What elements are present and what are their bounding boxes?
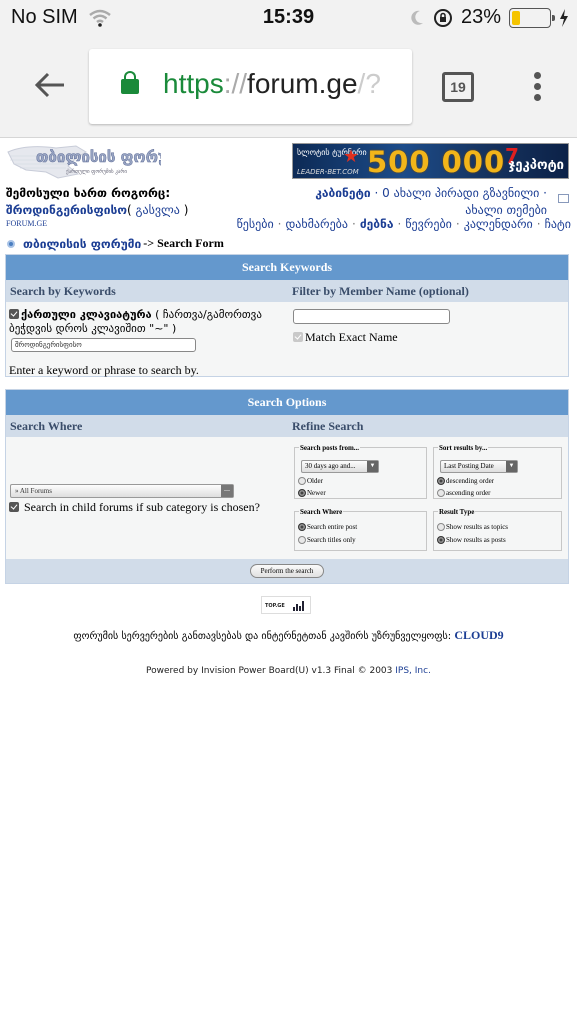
dropdown-arrow-icon: ▼ bbox=[506, 461, 517, 472]
search-entire-post-option[interactable]: Search entire post bbox=[298, 523, 357, 531]
browser-toolbar: https://forum.ge/? 19 bbox=[0, 36, 577, 138]
logged-in-label: შემოსული ხართ როგორც: bbox=[6, 185, 188, 202]
battery-percent: 23% bbox=[461, 6, 501, 29]
radio-topics bbox=[437, 523, 445, 531]
child-forums-checkbox[interactable] bbox=[9, 502, 19, 512]
sort-descending-option[interactable]: descending order bbox=[437, 477, 494, 485]
keyword-input[interactable]: შროდინგერისფისო bbox=[11, 338, 196, 352]
charging-bolt-icon bbox=[559, 9, 569, 27]
search-options-subheader: Search Where Refine Search bbox=[6, 415, 568, 437]
ips-link[interactable]: IPS, Inc. bbox=[395, 666, 431, 676]
nav-separator: · bbox=[352, 217, 356, 231]
advertisement-banner[interactable]: სლოტის ტურნირი ★ 500 000 7 LEADER-BET.CO… bbox=[292, 143, 569, 179]
site-label[interactable]: FORUM.GE bbox=[6, 219, 47, 228]
search-keywords-panel: Search Keywords Search by Keywords Filte… bbox=[5, 254, 569, 377]
bar-chart-icon bbox=[293, 600, 304, 611]
back-button[interactable] bbox=[34, 70, 70, 100]
search-where-group: Search Where Search entire post Search t… bbox=[294, 511, 427, 551]
address-bar[interactable]: https://forum.ge/? bbox=[89, 49, 412, 124]
result-type-group: Result Type Show results as topics Show … bbox=[433, 511, 562, 551]
rotation-lock-icon bbox=[433, 8, 453, 28]
breadcrumb-home-link[interactable]: თბილისის ფორუმი bbox=[23, 237, 141, 251]
radio-newer bbox=[298, 489, 306, 497]
forum-select-more-button[interactable]: ... bbox=[221, 485, 233, 497]
nav-link[interactable]: ჩატი bbox=[545, 217, 571, 231]
child-forums-toggle[interactable]: Search in child forums if sub category i… bbox=[9, 500, 260, 515]
cloud9-link[interactable]: CLOUD9 bbox=[454, 628, 503, 642]
message-icon[interactable] bbox=[558, 194, 569, 203]
match-exact-toggle[interactable]: Match Exact Name bbox=[293, 330, 398, 345]
main-nav: წესები·დახმარება·ძებნა·წევრები·კალენდარი… bbox=[237, 217, 571, 231]
match-exact-checkbox[interactable] bbox=[293, 332, 303, 342]
search-options-title: Search Options bbox=[6, 390, 568, 415]
sort-ascending-option[interactable]: ascending order bbox=[437, 489, 491, 497]
star-icon: ★ bbox=[343, 146, 359, 167]
posts-from-group: Search posts from... 30 days ago and...▼… bbox=[294, 447, 427, 499]
nav-link[interactable]: წესები bbox=[237, 217, 274, 231]
battery-icon bbox=[509, 8, 551, 28]
radio-posts bbox=[437, 536, 445, 544]
search-options-panel: Search Options Search Where Refine Searc… bbox=[5, 389, 569, 584]
forum-logo[interactable]: თბილისის ფორუმი ქართული ფორუმის კარი bbox=[6, 142, 161, 182]
username-link[interactable]: შროდინგერისფისო bbox=[6, 203, 127, 217]
georgian-keyboard-toggle[interactable]: ქართული კლავიატურა ( ჩართვა/გამორთვა ბეჭ… bbox=[9, 308, 287, 336]
user-links: კაბინეტი · 0 ახალი პირადი გზავნილი · ახა… bbox=[315, 185, 547, 219]
search-titles-only-option[interactable]: Search titles only bbox=[298, 536, 356, 544]
sort-by-select[interactable]: Last Posting Date▼ bbox=[440, 460, 518, 473]
nav-separator: · bbox=[398, 217, 402, 231]
back-arrow-icon bbox=[34, 70, 66, 100]
forum-select[interactable]: » All Forums ... bbox=[10, 484, 234, 498]
nav-separator: · bbox=[537, 217, 541, 231]
radio-older bbox=[298, 477, 306, 485]
top-ge-counter[interactable]: TOP.GE bbox=[261, 596, 311, 614]
svg-text:თბილისის ფორუმი: თბილისის ფორუმი bbox=[36, 148, 161, 166]
search-keywords-title: Search Keywords bbox=[6, 255, 568, 280]
logout-link[interactable]: გასვლა bbox=[136, 203, 180, 217]
nav-link[interactable]: ძებნა bbox=[360, 217, 394, 231]
nav-separator: · bbox=[456, 217, 460, 231]
sort-by-group: Sort results by... Last Posting Date▼ de… bbox=[433, 447, 562, 499]
private-messages-link[interactable]: 0 ახალი პირადი გზავნილი bbox=[382, 186, 539, 200]
dropdown-arrow-icon: ▼ bbox=[367, 461, 378, 472]
user-info: შემოსული ხართ როგორც: შროდინგერისფისო( გ… bbox=[6, 185, 188, 219]
svg-text:ქართული ფორუმის კარი: ქართული ფორუმის კარი bbox=[66, 168, 127, 175]
radio-entire-post bbox=[298, 523, 306, 531]
nav-separator: · bbox=[278, 217, 282, 231]
hosting-credit: ფორუმის სერვერების განთავსებას და ინტერნ… bbox=[0, 628, 577, 643]
breadcrumb: თბილისის ფორუმი -> Search Form bbox=[7, 236, 224, 251]
radio-descending bbox=[437, 477, 445, 485]
lock-icon bbox=[121, 79, 139, 94]
posts-from-select[interactable]: 30 days ago and...▼ bbox=[301, 460, 379, 473]
posts-from-newer-option[interactable]: Newer bbox=[298, 489, 326, 497]
posts-from-older-option[interactable]: Older bbox=[298, 477, 323, 485]
nav-link[interactable]: კალენდარი bbox=[464, 217, 533, 231]
url-text: https://forum.ge/? bbox=[163, 68, 381, 100]
member-name-input[interactable] bbox=[293, 309, 450, 324]
radio-titles-only bbox=[298, 536, 306, 544]
powered-by: Powered by Invision Power Board(U) v1.3 … bbox=[0, 666, 577, 676]
radio-ascending bbox=[437, 489, 445, 497]
bullet-icon bbox=[7, 240, 15, 248]
nav-link[interactable]: წევრები bbox=[405, 217, 452, 231]
breadcrumb-current: -> Search Form bbox=[143, 236, 224, 251]
status-bar: No SIM 15:39 23% bbox=[0, 0, 577, 36]
new-topics-link[interactable]: ახალი თემები bbox=[465, 203, 547, 217]
nav-link[interactable]: დახმარება bbox=[285, 217, 348, 231]
moon-icon bbox=[409, 9, 425, 27]
search-keywords-subheader: Search by Keywords Filter by Member Name… bbox=[6, 280, 568, 302]
keyword-hint: Enter a keyword or phrase to search by. bbox=[9, 363, 199, 378]
perform-search-button[interactable]: Perform the search bbox=[250, 564, 324, 578]
result-posts-option[interactable]: Show results as posts bbox=[437, 536, 506, 544]
georgian-keyboard-checkbox[interactable] bbox=[9, 309, 19, 319]
cabinet-link[interactable]: კაბინეტი bbox=[315, 186, 370, 200]
tab-switcher-button[interactable]: 19 bbox=[442, 72, 474, 102]
overflow-menu-icon[interactable] bbox=[532, 72, 542, 102]
result-topics-option[interactable]: Show results as topics bbox=[437, 523, 508, 531]
